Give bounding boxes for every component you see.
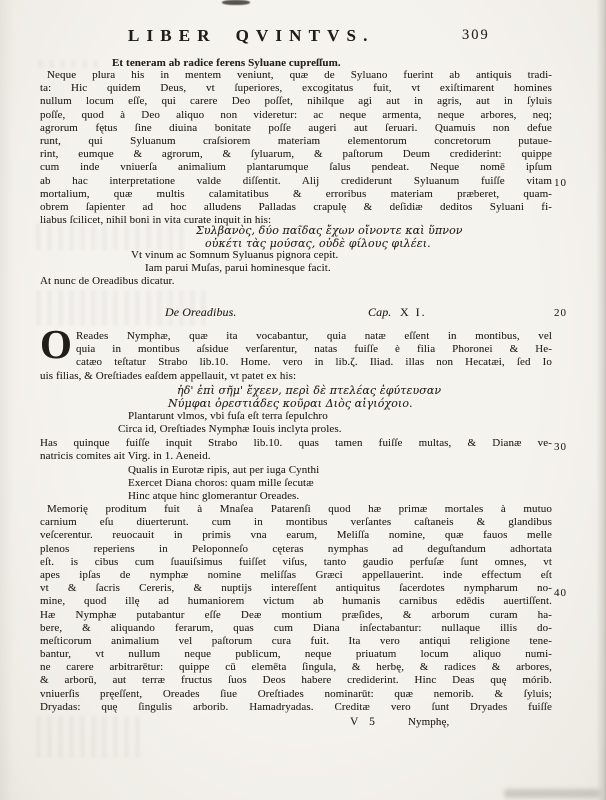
text-line: carnium eſu diuerterunt. cum in montibus… bbox=[40, 516, 552, 529]
paragraph: Memorię proditum fuit à Mnaſea Patarenſi… bbox=[40, 503, 552, 714]
text-line: Dryadas: quę ſingulis arborib. Hamadryad… bbox=[40, 701, 552, 714]
text-line: natricis comites ait Virg. in 1. Aeneid. bbox=[40, 450, 552, 463]
text-line: mortalium, quæ multis calamitatibus & er… bbox=[40, 188, 552, 201]
chapter-cap-label: Cap. bbox=[368, 305, 391, 320]
greek-text-line: Συλβανὸς, δύο παῖδας ἔχων οἴνοντε καὶ ὕπ… bbox=[196, 224, 463, 237]
text-line: agrorum fętus ſine diuina bonitate poſſe… bbox=[40, 122, 552, 135]
margin-line-number: 20 bbox=[554, 307, 567, 319]
margin-line-number: 30 bbox=[554, 441, 567, 453]
text-line: mine, quod illę ad humaniorem victum ab … bbox=[40, 595, 552, 608]
greek-text-line: Νύμφαι ὀρεστιάδες κοῦραι Διὸς αἰγιόχοιο. bbox=[168, 397, 441, 410]
text-line: apes ipſas de nymphæ nomine meliſſas Græ… bbox=[40, 569, 552, 582]
epigraph-verse-line: Et teneram ab radice ferens Syluane cupr… bbox=[112, 57, 341, 69]
text-line: Neque plura his in mentem veniunt, quæ d… bbox=[40, 69, 552, 82]
text-line: bantur, vt nullum neque publicum, neque … bbox=[40, 648, 552, 661]
text-line: plenos reperiens in Peloponneſo cęteras … bbox=[40, 543, 552, 556]
text-line: veſcerentur. reuocauit in primis vna ear… bbox=[40, 529, 552, 542]
ink-speck bbox=[222, 0, 250, 5]
margin-line-number: 10 bbox=[554, 177, 567, 189]
page-left-edge-shading bbox=[0, 0, 14, 800]
greek-text-line: ἠδ' ἐπὶ σῆμ' ἔχεεν, περὶ δὲ πτελέας ἐφύτ… bbox=[168, 384, 441, 397]
text-line: nullum locum eſſe, qui carere Deo poſſet… bbox=[40, 95, 552, 108]
running-header-title: LIBER QVINTVS. bbox=[128, 26, 374, 46]
chapter-title: De Oreadibus. bbox=[165, 305, 237, 320]
margin-line-number: 40 bbox=[554, 587, 567, 599]
text-line: bere, & aliquando ferarum, quas cum Dian… bbox=[40, 622, 552, 635]
text-line: vt & ſacris Cereris, & nuptijs intereſſe… bbox=[40, 582, 552, 595]
text-line: meſticorum animalium vel paſtorum cura f… bbox=[40, 635, 552, 648]
verse-line: Iam parui Muſas, parui hominesque facit. bbox=[131, 262, 338, 275]
text-line: Has quinque fuiſſe inquit Strabo lib.10.… bbox=[40, 437, 552, 450]
text-line: runt, qui Syluanum craſsiorem materiam e… bbox=[40, 135, 552, 148]
text-line: uis filias, & Oreſtiades eaſdem appellau… bbox=[40, 370, 552, 383]
catchword: Nymphę, bbox=[408, 716, 449, 728]
page-number: 309 bbox=[462, 27, 490, 44]
verse-line: Plantarunt vlmos, vbi fuſa eſt terra ſep… bbox=[118, 410, 342, 423]
scanned-book-page: LIBER QVINTVS. 309 Et teneram ab radice … bbox=[0, 0, 606, 800]
verse-line: Qualis in Eurotæ ripis, aut per iuga Cyn… bbox=[128, 464, 319, 477]
paragraph: Has quinque fuiſſe inquit Strabo lib.10.… bbox=[40, 437, 552, 463]
text-line: obrem ſapienter ad hoc alludens Palladas… bbox=[40, 201, 552, 214]
latin-verse-quotation: Vt vinum ac Somnum Syluanus pignora cepi… bbox=[131, 249, 338, 275]
paragraph: Neque plura his in mentem veniunt, quæ d… bbox=[40, 69, 552, 227]
text-line: cum inde vniuerſa animalium plantarumque… bbox=[40, 161, 552, 174]
bleedthrough-artifact bbox=[38, 60, 104, 68]
text-line: eſt. is cibus cum ſuauiſsimus fuiſſet vi… bbox=[40, 556, 552, 569]
text-line: catæo teſtatur Strabo lib.10. Home. vero… bbox=[40, 356, 552, 369]
latin-verse-quotation: Qualis in Eurotæ ripis, aut per iuga Cyn… bbox=[128, 464, 319, 504]
text-line: rint, eumque & agrorum, & ſyluarum, & pa… bbox=[40, 148, 552, 161]
verse-line: Exercet Diana choros: quam mille ſecutæ bbox=[128, 477, 319, 490]
bleedthrough-artifact bbox=[36, 224, 186, 250]
text-line: ne carere arbitrarētur: quippe cū elemēt… bbox=[40, 661, 552, 674]
paragraph-lines: Reades Nymphæ, quæ ita vocabantur, quia … bbox=[40, 330, 552, 383]
signature-mark: V 5 bbox=[350, 716, 375, 728]
text-line: Reades Nymphæ, quæ ita vocabantur, quia … bbox=[40, 330, 552, 343]
scan-smudge bbox=[504, 789, 600, 798]
text-line: vniuerſis pręeſſent, Oreades ſiue Oreſti… bbox=[40, 688, 552, 701]
verse-line: Vt vinum ac Somnum Syluanus pignora cepi… bbox=[131, 249, 338, 262]
chapter-number: X I. bbox=[400, 305, 427, 320]
text-line: & arborū, aut terræ fructus ſuos Deos ha… bbox=[40, 674, 552, 687]
transition-line: At nunc de Oreadibus dicatur. bbox=[40, 275, 175, 287]
text-line: poſſe, quod à Deo aliquo non videretur: … bbox=[40, 109, 552, 122]
paragraph-with-dropcap: O Reades Nymphæ, quæ ita vocabantur, qui… bbox=[40, 330, 552, 383]
drop-cap: O bbox=[40, 330, 76, 357]
text-line: ab hac interpretatione valde diſſentit. … bbox=[40, 175, 552, 188]
text-line: Memorię proditum fuit à Mnaſea Patarenſi… bbox=[40, 503, 552, 516]
text-line: quia in montibus aſsidue verſarentur, na… bbox=[40, 343, 552, 356]
text-line: ta: Hic quidem Deus, vt ſuperiores, exco… bbox=[40, 82, 552, 95]
verse-line: Hinc atque hinc glomerantur Oreades. bbox=[128, 490, 319, 503]
greek-quotation: Συλβανὸς, δύο παῖδας ἔχων οἴνοντε καὶ ὕπ… bbox=[196, 224, 463, 250]
greek-quotation: ἠδ' ἐπὶ σῆμ' ἔχεεν, περὶ δὲ πτελέας ἐφύτ… bbox=[168, 384, 441, 410]
bleedthrough-artifact bbox=[36, 716, 146, 758]
page-right-edge-shadow bbox=[596, 0, 606, 800]
text-line: Hæ Nymphæ putabantur eſſe Deæ montium pr… bbox=[40, 609, 552, 622]
verse-line: Circa id, Oreſtiades Nymphæ Iouis inclyt… bbox=[118, 423, 342, 436]
latin-verse-quotation: Plantarunt vlmos, vbi fuſa eſt terra ſep… bbox=[118, 410, 342, 436]
